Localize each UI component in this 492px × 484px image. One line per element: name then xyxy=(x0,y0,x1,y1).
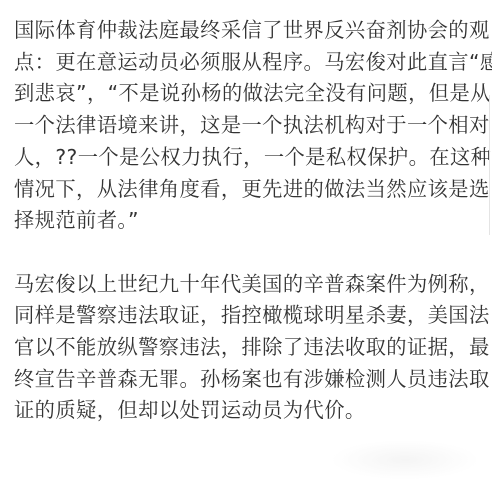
scrollbar[interactable] xyxy=(489,95,490,235)
article-body: 国际体育仲裁法庭最终采信了世界反兴奋剂协会的观 点：更在意运动员必须服从程序。马… xyxy=(14,15,480,459)
text-line: 点：更在意运动员必须服从程序。马宏俊对此直言“感 xyxy=(14,47,480,79)
text-line: 国际体育仲裁法庭最终采信了世界反兴奋剂协会的观 xyxy=(14,15,480,47)
text-line: 马宏俊以上世纪九十年代美国的辛普森案件为例称， xyxy=(14,269,480,301)
text-line: 到悲哀”，“不是说孙杨的做法完全没有问题，但是从 xyxy=(14,78,480,110)
text-line: 同样是警察违法取证，指控橄榄球明星杀妻，美国法 xyxy=(14,300,480,332)
watermark-smudge xyxy=(330,440,480,480)
text-line: 一个法律语境来讲，这是一个执法机构对于一个相对 xyxy=(14,110,480,142)
text-line: 终宣告辛普森无罪。孙杨案也有涉嫌检测人员违法取 xyxy=(14,364,480,396)
paragraph-1: 国际体育仲裁法庭最终采信了世界反兴奋剂协会的观 点：更在意运动员必须服从程序。马… xyxy=(14,15,480,237)
text-line: 证的质疑，但却以处罚运动员为代价。 xyxy=(14,395,480,427)
text-line: 官以不能放纵警察违法，排除了违法收取的证据，最 xyxy=(14,332,480,364)
text-line: 人，??一个是公权力执行，一个是私权保护。在这种 xyxy=(14,142,480,174)
paragraph-2: 马宏俊以上世纪九十年代美国的辛普森案件为例称， 同样是警察违法取证，指控橄榄球明… xyxy=(14,269,480,428)
text-line: 择规范前者。” xyxy=(14,205,480,237)
text-line: 情况下，从法律角度看，更先进的做法当然应该是选 xyxy=(14,174,480,206)
